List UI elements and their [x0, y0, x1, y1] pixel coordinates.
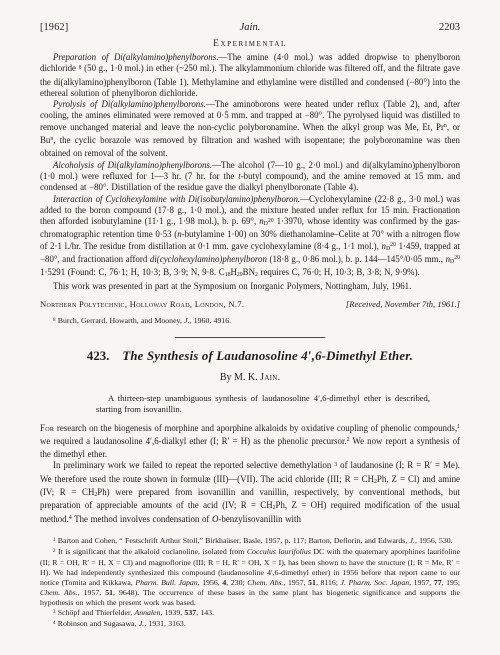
article-footnote-4: 4 Robinson and Sugasawa, J., 1931, 3163. [40, 619, 460, 630]
article-heading: 423.The Synthesis of Laudanosoline 4′,6-… [40, 347, 460, 365]
section-divider [175, 337, 325, 338]
article-paragraph-2: In preliminary work we failed to repeat … [40, 460, 460, 526]
paragraph-interaction: Interaction of Cyclohexylamine with Di(i… [40, 194, 460, 281]
header-page-number: 2203 [320, 22, 460, 33]
header-year: [1962] [40, 22, 180, 33]
received-date: [Received, November 7th, 1961.] [346, 299, 460, 309]
article-title: The Synthesis of Laudanosoline 4′,6-Dime… [122, 349, 413, 363]
article-footnote-2: 2 It is significant that the alkaloid co… [40, 547, 460, 608]
paragraph-pyrolysis: Pyrolysis of Di(alkylamino)phenylborons.… [40, 99, 460, 159]
paragraph-presentation-note: This work was presented in part at the S… [40, 281, 460, 292]
journal-page: [1962] Jain. 2203 Experimental Preparati… [0, 0, 500, 655]
article-abstract: A thirteen-step unambiguous synthesis of… [96, 393, 430, 415]
article-paragraph-1: For research on the biogenesis of morphi… [40, 423, 460, 461]
paragraph-alcoholysis: Alcoholysis of Di(alkylamino)phenylboron… [40, 160, 460, 194]
address-line: Northern Polytechnic, Holloway Road, Lon… [40, 299, 346, 309]
article-footnote-1: 1 Barton and Cohen, “ Festschrift Arthur… [40, 536, 460, 547]
header-author: Jain. [180, 22, 320, 33]
article-footnotes: 1 Barton and Cohen, “ Festschrift Arthur… [40, 536, 460, 630]
paragraph-preparation: Preparation of Di(alkylamino)phenylboron… [40, 52, 460, 99]
article-number: 423. [87, 349, 109, 363]
address-row: Northern Polytechnic, Holloway Road, Lon… [40, 299, 460, 309]
footnote-experimental: 8 Burch, Gerrard, Howarth, and Mooney, J… [40, 316, 460, 327]
article-footnote-3: 3 Schöpf and Thierfelder, Annalen, 1939,… [40, 608, 460, 619]
section-heading-experimental: Experimental [40, 39, 460, 49]
article-byline: By M. K. Jain. [40, 372, 460, 383]
page-header: [1962] Jain. 2203 [40, 22, 460, 33]
article-body: For research on the biogenesis of morphi… [40, 423, 460, 527]
